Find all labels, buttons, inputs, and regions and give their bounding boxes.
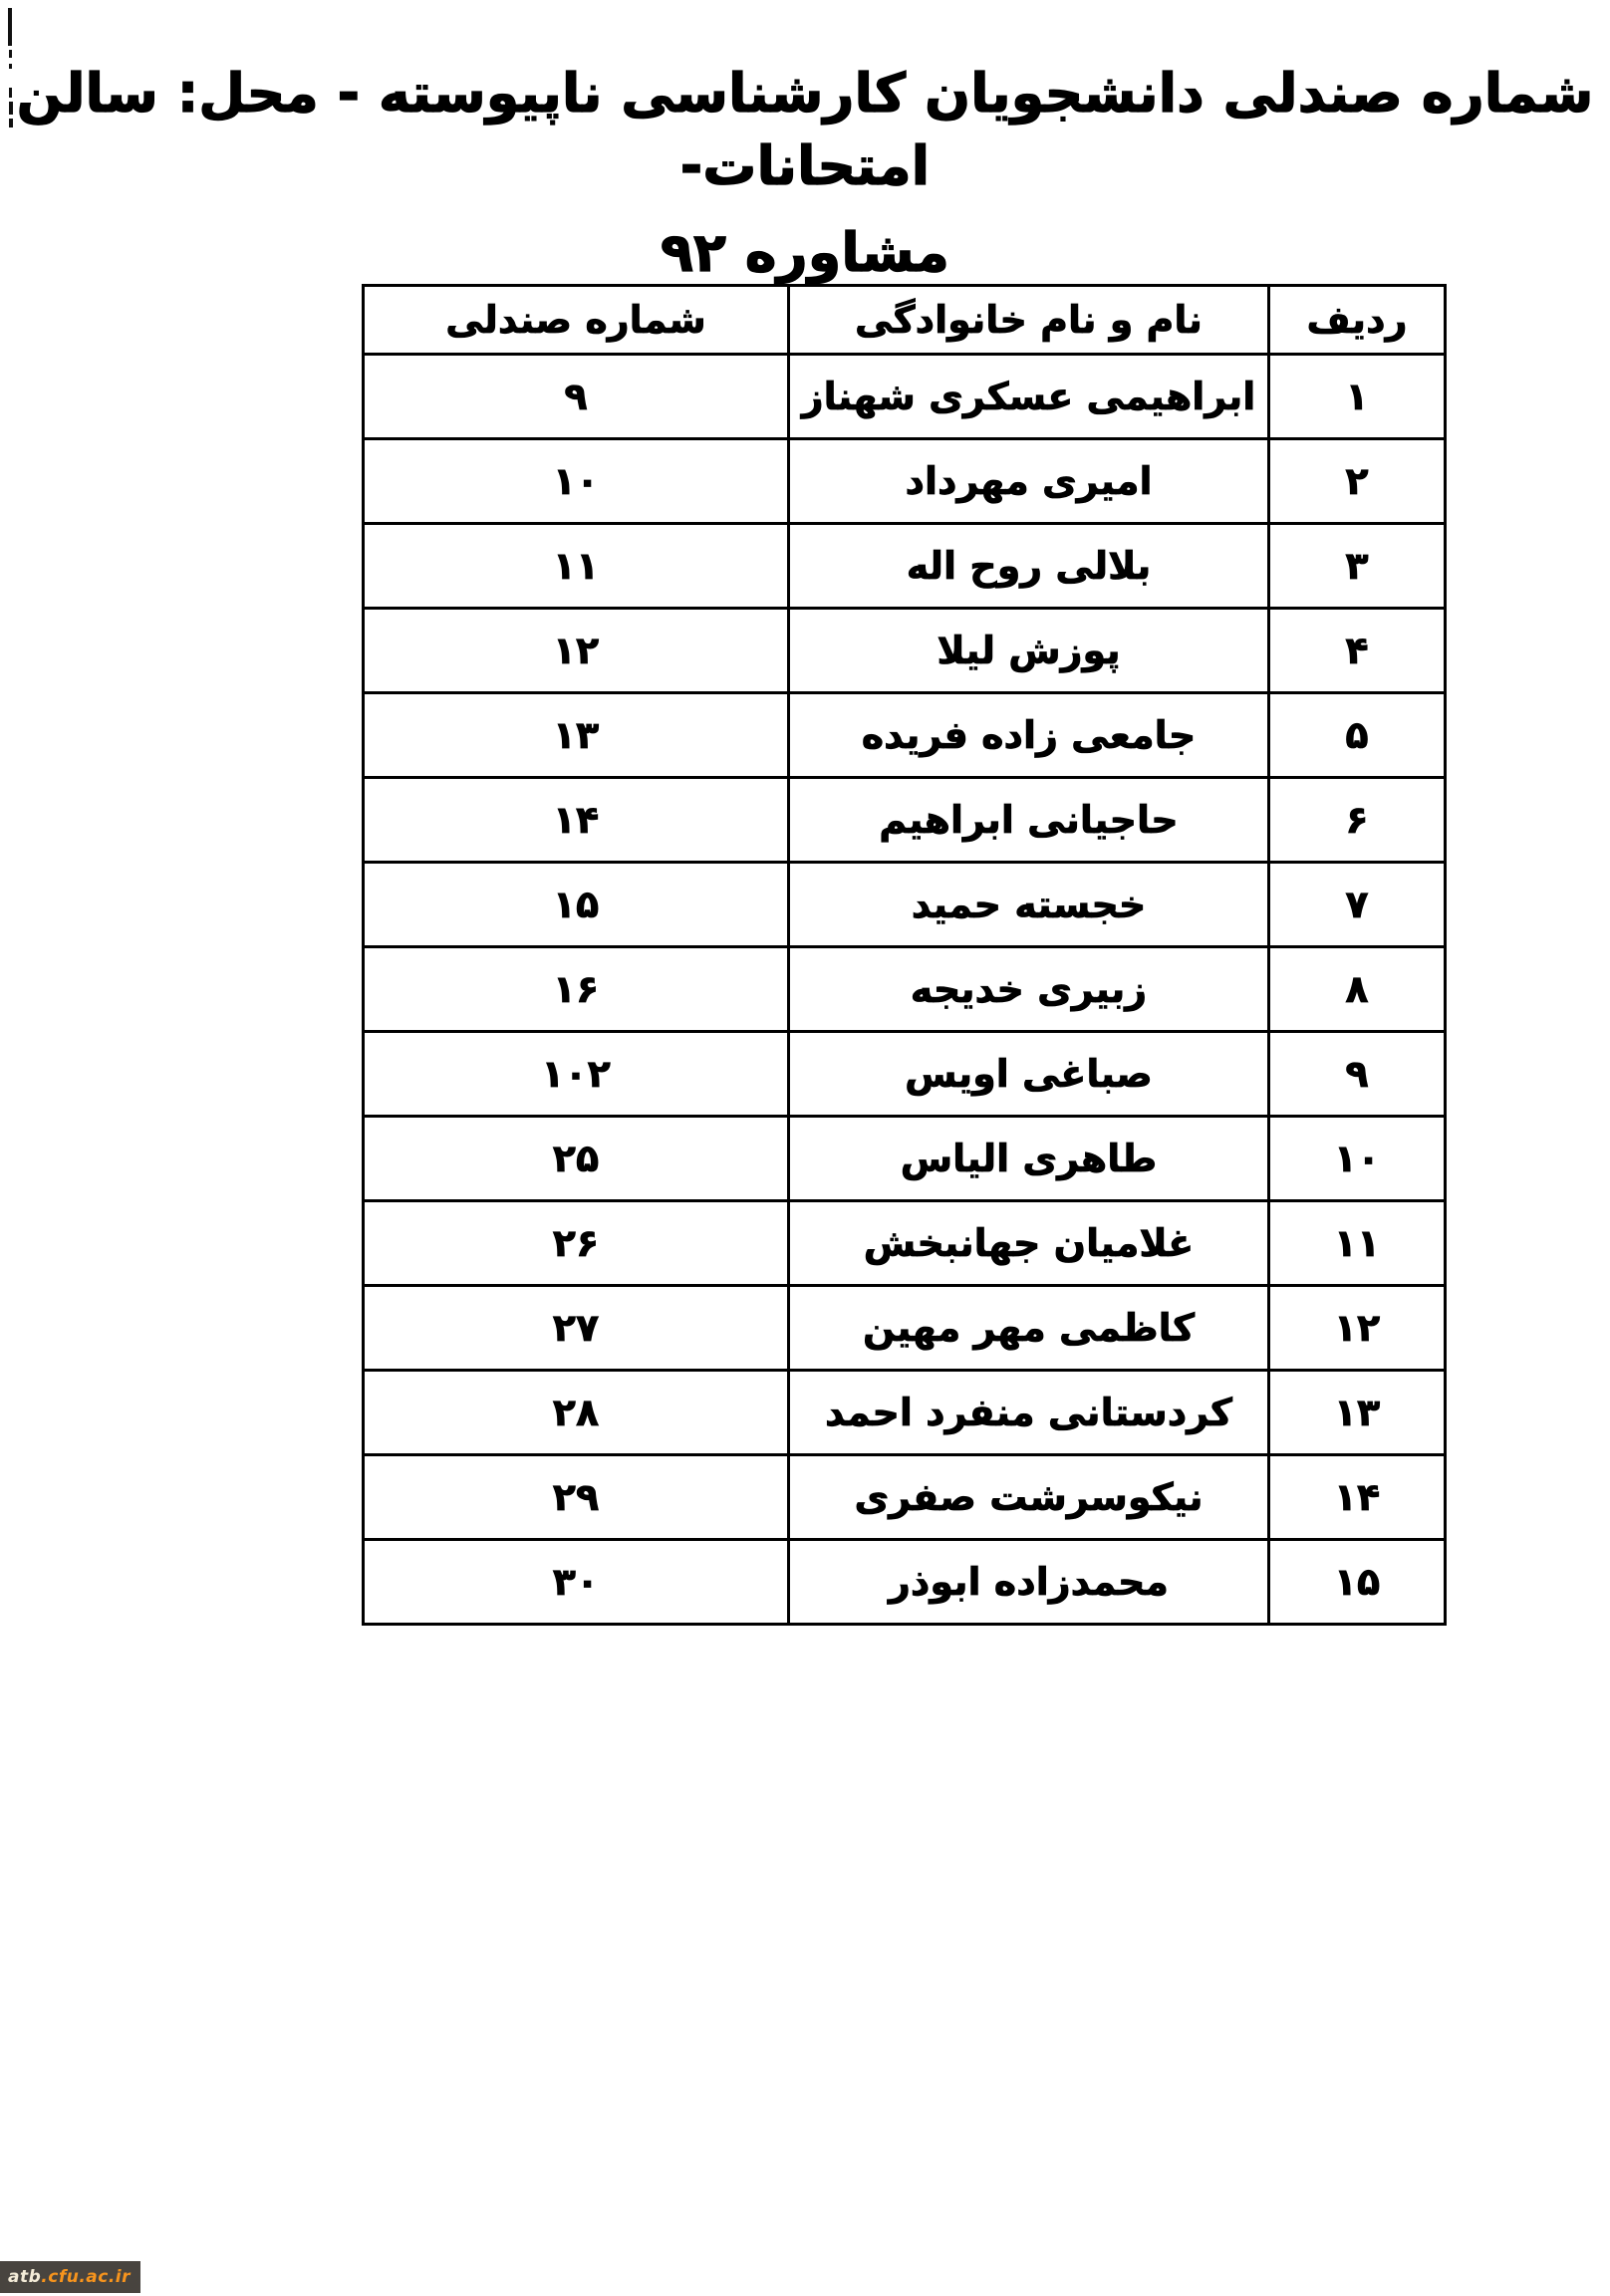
- row-number-cell: ۳: [1269, 524, 1446, 609]
- seat-number-cell: ۳۰: [364, 1540, 789, 1625]
- scan-artifact-dash: [9, 50, 12, 58]
- student-name-cell: بلالی روح اله: [789, 524, 1269, 609]
- scan-artifact-line: [8, 8, 12, 46]
- seat-number-cell: ۱۳: [364, 693, 789, 778]
- student-name-cell: پوزش لیلا: [789, 609, 1269, 693]
- table-row: ۱۰ طاهری الیاس ۲۵: [364, 1117, 1446, 1201]
- row-number-cell: ۱۵: [1269, 1540, 1446, 1625]
- seat-number-cell: ۲۹: [364, 1455, 789, 1540]
- document-title: شماره صندلی دانشجویان کارشناسی ناپیوسته …: [0, 58, 1610, 284]
- row-number-cell: ۲: [1269, 439, 1446, 524]
- student-name-cell: صباغی اویس: [789, 1032, 1269, 1117]
- student-name-cell: ابراهیمی عسکری شهناز: [789, 355, 1269, 439]
- table-row: ۳ بلالی روح اله ۱۱: [364, 524, 1446, 609]
- student-name-cell: طاهری الیاس: [789, 1117, 1269, 1201]
- row-number-cell: ۵: [1269, 693, 1446, 778]
- row-number-cell: ۸: [1269, 947, 1446, 1032]
- seat-number-cell: ۲۵: [364, 1117, 789, 1201]
- seat-number-cell: ۲۶: [364, 1201, 789, 1286]
- row-number-cell: ۱۴: [1269, 1455, 1446, 1540]
- student-name-cell: محمدزاده ابوذر: [789, 1540, 1269, 1625]
- student-name-cell: امیری مهرداد: [789, 439, 1269, 524]
- student-name-cell: کاظمی مهر مهین: [789, 1286, 1269, 1371]
- seat-number-cell: ۱۰۲: [364, 1032, 789, 1117]
- student-name-cell: نیکوسرشت صفری: [789, 1455, 1269, 1540]
- student-name-cell: جامعی زاده فریده: [789, 693, 1269, 778]
- seat-number-cell: ۱۶: [364, 947, 789, 1032]
- seat-number-cell: ۱۱: [364, 524, 789, 609]
- row-number-cell: ۴: [1269, 609, 1446, 693]
- table-row: ۹ صباغی اویس ۱۰۲: [364, 1032, 1446, 1117]
- scanned-document-page: شماره صندلی دانشجویان کارشناسی ناپیوسته …: [0, 0, 1610, 2296]
- table-row: ۵ جامعی زاده فریده ۱۳: [364, 693, 1446, 778]
- table-row: ۲ امیری مهرداد ۱۰: [364, 439, 1446, 524]
- seat-number-cell: ۲۸: [364, 1371, 789, 1455]
- seat-number-cell: ۱۰: [364, 439, 789, 524]
- seat-number-cell: ۲۷: [364, 1286, 789, 1371]
- header-seat-number: شماره صندلی: [364, 286, 789, 355]
- row-number-cell: ۱: [1269, 355, 1446, 439]
- row-number-cell: ۱۲: [1269, 1286, 1446, 1371]
- header-row-number: ردیف: [1269, 286, 1446, 355]
- row-number-cell: ۹: [1269, 1032, 1446, 1117]
- student-name-cell: خجسته حمید: [789, 863, 1269, 947]
- row-number-cell: ۷: [1269, 863, 1446, 947]
- seat-number-cell: ۹: [364, 355, 789, 439]
- table-row: ۱ ابراهیمی عسکری شهناز ۹: [364, 355, 1446, 439]
- row-number-cell: ۱۱: [1269, 1201, 1446, 1286]
- header-full-name: نام و نام خانوادگی: [789, 286, 1269, 355]
- seat-number-cell: ۱۲: [364, 609, 789, 693]
- row-number-cell: ۱۰: [1269, 1117, 1446, 1201]
- table-header-row: ردیف نام و نام خانوادگی شماره صندلی: [364, 286, 1446, 355]
- seat-number-table: ردیف نام و نام خانوادگی شماره صندلی ۱ اب…: [362, 284, 1447, 1626]
- table-row: ۶ حاجیانی ابراهیم ۱۴: [364, 778, 1446, 863]
- table-row: ۱۱ غلامیان جهانبخش ۲۶: [364, 1201, 1446, 1286]
- table-row: ۸ زبیری خدیجه ۱۶: [364, 947, 1446, 1032]
- seat-number-cell: ۱۴: [364, 778, 789, 863]
- document-title-line2: مشاوره ۹۲: [0, 221, 1610, 284]
- row-number-cell: ۶: [1269, 778, 1446, 863]
- table-row: ۱۲ کاظمی مهر مهین ۲۷: [364, 1286, 1446, 1371]
- table-row: ۱۴ نیکوسرشت صفری ۲۹: [364, 1455, 1446, 1540]
- site-watermark-badge: atb.cfu.ac.ir: [0, 2261, 140, 2293]
- seat-number-cell: ۱۵: [364, 863, 789, 947]
- table-row: ۴ پوزش لیلا ۱۲: [364, 609, 1446, 693]
- watermark-site-prefix: atb: [8, 2267, 41, 2287]
- student-name-cell: غلامیان جهانبخش: [789, 1201, 1269, 1286]
- student-name-cell: زبیری خدیجه: [789, 947, 1269, 1032]
- table-row: ۱۵ محمدزاده ابوذر ۳۰: [364, 1540, 1446, 1625]
- row-number-cell: ۱۳: [1269, 1371, 1446, 1455]
- table-row: ۱۳ کردستانی منفرد احمد ۲۸: [364, 1371, 1446, 1455]
- document-title-line1: شماره صندلی دانشجویان کارشناسی ناپیوسته …: [0, 58, 1610, 203]
- watermark-site-suffix: .cfu.ac.ir: [41, 2267, 131, 2287]
- student-name-cell: حاجیانی ابراهیم: [789, 778, 1269, 863]
- table-row: ۷ خجسته حمید ۱۵: [364, 863, 1446, 947]
- student-name-cell: کردستانی منفرد احمد: [789, 1371, 1269, 1455]
